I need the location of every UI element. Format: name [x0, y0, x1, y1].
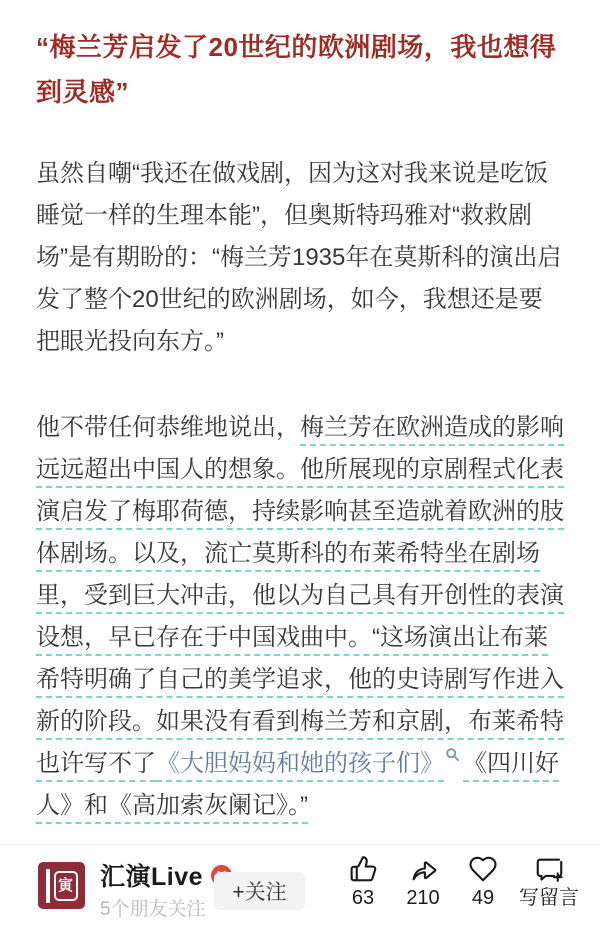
share-button[interactable]: 210	[393, 854, 453, 909]
action-buttons: 63 210 49 写留言	[333, 854, 585, 909]
comment-button[interactable]: 写留言	[513, 854, 585, 909]
account-info: 汇演Live V 5个朋友关注	[100, 860, 232, 921]
account-seal-logo[interactable]: 寅	[38, 862, 85, 909]
friends-following-note: 5个朋友关注	[100, 894, 232, 921]
paragraph-1: 虽然自嘲“我还在做戏剧，因为这对我来说是吃饭睡觉一样的生理本能”，但奥斯特玛雅对…	[36, 153, 564, 363]
seal-left-stroke	[46, 869, 50, 903]
paragraph-2: 他不带任何恭维地说出，梅兰芳在欧洲造成的影响远远超出中国人的想象。他所展现的京剧…	[36, 407, 564, 827]
paragraph-2-lead: 他不带任何恭维地说出，	[36, 414, 300, 441]
favorite-button[interactable]: 49	[453, 854, 513, 909]
highlighted-text: 梅兰芳在欧洲造成的影响远远超出中国人的想象。他所展现的京剧程式化表演启发了梅耶荷…	[36, 414, 564, 777]
seal-glyph: 寅	[58, 878, 73, 893]
share-arrow-icon	[408, 854, 438, 884]
heart-icon	[468, 854, 498, 884]
article-heading: “梅兰芳启发了20世纪的欧洲剧场，我也想得到灵感”	[36, 25, 564, 115]
thumbs-up-icon	[348, 854, 378, 884]
like-count: 63	[352, 887, 374, 909]
book-title-link[interactable]: 《大胆妈妈和她的孩子们》	[156, 750, 444, 777]
write-comment-icon	[534, 854, 564, 884]
article-page: “ “梅兰芳启发了20世纪的欧洲剧场，我也想得到灵感” 虽然自嘲“我还在做戏剧，…	[0, 0, 600, 936]
like-button[interactable]: 63	[333, 854, 393, 909]
account-name[interactable]: 汇演Live	[100, 857, 203, 893]
article-body: “梅兰芳启发了20世纪的欧洲剧场，我也想得到灵感” 虽然自嘲“我还在做戏剧，因为…	[0, 0, 600, 827]
account-action-bar: 寅 汇演Live V 5个朋友关注 +关注 63 210 49	[0, 844, 600, 936]
inline-search-icon[interactable]	[445, 747, 460, 762]
follow-button[interactable]: +关注	[214, 872, 305, 910]
seal-frame: 寅	[54, 871, 78, 901]
share-count: 210	[406, 887, 439, 909]
favorite-count: 49	[472, 887, 494, 909]
comment-label: 写留言	[519, 887, 579, 909]
